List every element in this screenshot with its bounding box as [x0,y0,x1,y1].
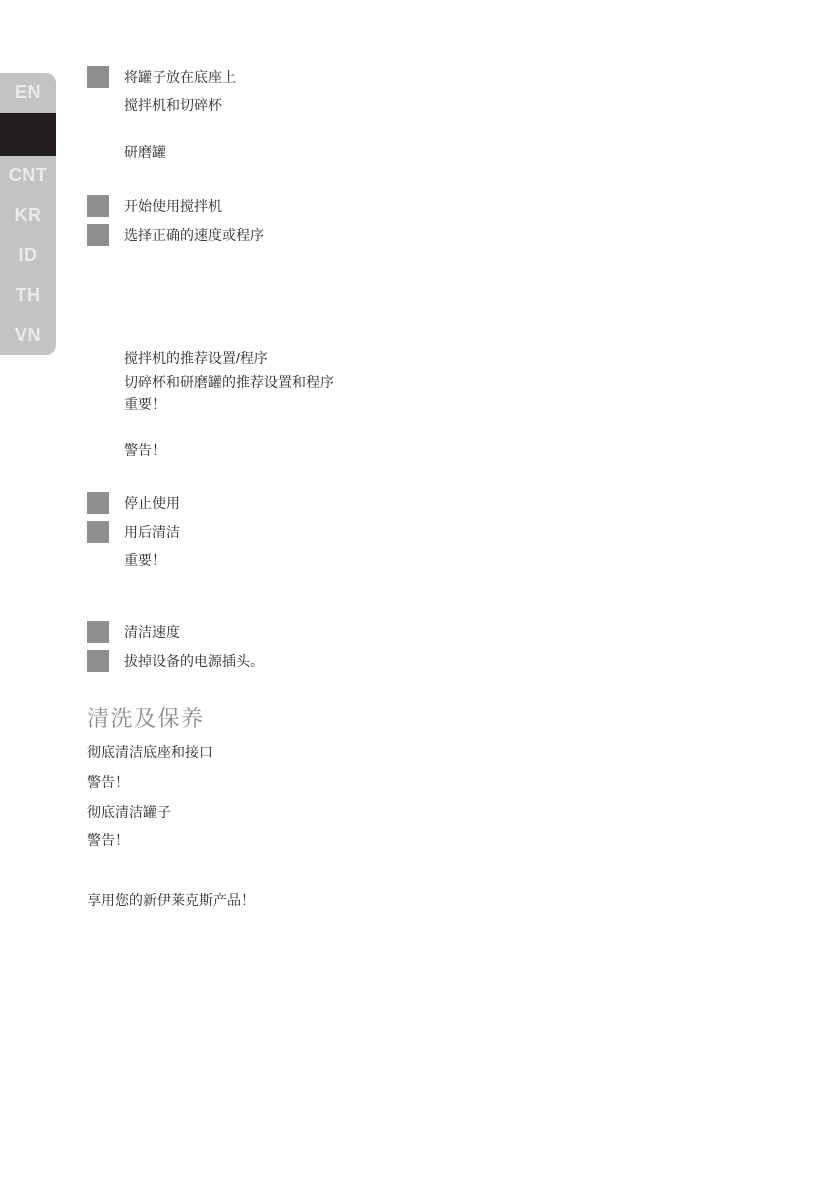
step-text: 重要！ [124,550,166,570]
step-row: 开始使用搅拌机 [87,194,222,217]
section-header-cleaning-care: 清洗及保养 [87,702,205,733]
closing-line: 享用您的新伊莱克斯产品！ [87,888,255,911]
step-text: 开始使用搅拌机 [124,196,222,216]
step-text: 研磨罐 [124,142,166,162]
warning-note: 警告！ [87,828,129,851]
instruction-line: 搅拌机和切碎杯 [87,93,222,116]
sidebar-tab-id: ID [0,235,56,275]
instruction-line: 研磨罐 [87,140,166,163]
warning-note: 警告！ [87,770,129,793]
care-line: 彻底清洁罐子 [87,800,171,823]
step-text: 选择正确的速度或程序 [124,225,264,245]
step-text: 重要！ [124,394,166,414]
step-text: 拔掉设备的电源插头。 [124,651,264,671]
step-text: 用后清洁 [124,522,180,542]
important-note: 重要！ [87,548,166,571]
step-bullet [87,650,109,672]
instruction-line: 搅拌机的推荐设置/程序 [87,346,268,369]
warning-note: 警告！ [87,438,166,461]
step-row: 选择正确的速度或程序 [87,223,264,246]
language-sidebar: EN CNT KR ID TH VN [0,73,56,355]
step-bullet [87,224,109,246]
step-row: 用后清洁 [87,520,180,543]
step-text: 清洁速度 [124,622,180,642]
step-text: 切碎杯和研磨罐的推荐设置和程序 [124,372,334,392]
step-text: 搅拌机的推荐设置/程序 [124,348,268,368]
step-row: 停止使用 [87,491,180,514]
sidebar-tab-en: EN [0,73,56,113]
step-row: 拔掉设备的电源插头。 [87,649,264,672]
step-row: 清洁速度 [87,620,180,643]
care-text: 彻底清洁罐子 [87,802,171,822]
step-row: 将罐子放在底座上 [87,65,236,88]
care-text: 彻底清洁底座和接口 [87,742,213,762]
step-bullet [87,66,109,88]
step-bullet [87,492,109,514]
care-text: 警告！ [87,830,129,850]
care-line: 彻底清洁底座和接口 [87,740,213,763]
care-text: 警告！ [87,772,129,792]
step-bullet [87,195,109,217]
sidebar-tab-vn: VN [0,315,56,355]
manual-page: EN CNT KR ID TH VN 将罐子放在底座上 搅拌机和切碎杯 研磨罐 … [0,0,839,1191]
step-text: 将罐子放在底座上 [124,67,236,87]
sidebar-tab-cnt: CNT [0,156,56,196]
step-bullet [87,621,109,643]
step-text: 搅拌机和切碎杯 [124,95,222,115]
instruction-line: 切碎杯和研磨罐的推荐设置和程序 [87,370,334,393]
step-bullet [87,521,109,543]
sidebar-tab-kr: KR [0,195,56,235]
important-note: 重要！ [87,392,166,415]
sidebar-tab-th: TH [0,275,56,315]
sidebar-tab-active [0,113,56,156]
care-text: 享用您的新伊莱克斯产品！ [87,890,255,910]
step-text: 警告！ [124,440,166,460]
step-text: 停止使用 [124,493,180,513]
